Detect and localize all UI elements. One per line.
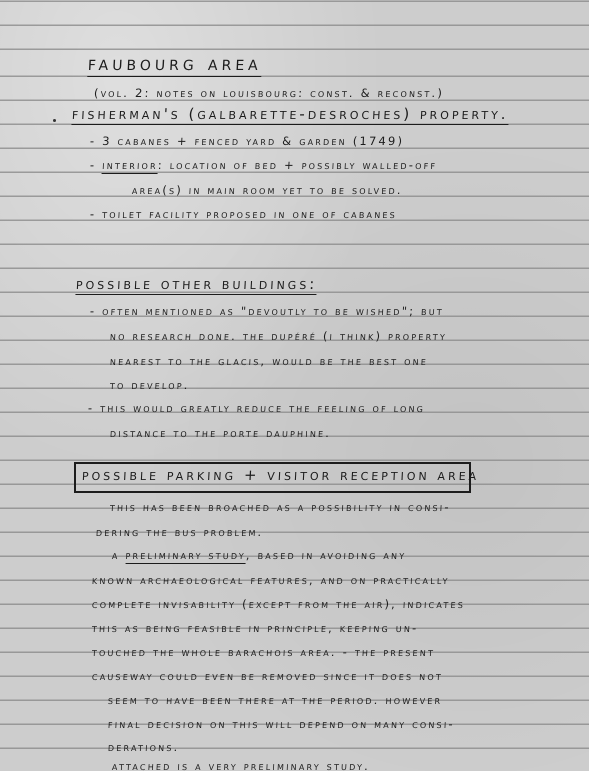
section3-line: dering the bus problem. <box>96 525 264 539</box>
section3-line: This has been broached as a possibility … <box>110 500 452 514</box>
section3-line: Attached is a very preliminary study. <box>112 759 371 771</box>
section3-heading: Possible Parking + Visitor Reception Are… <box>82 468 480 482</box>
section2-line: - Often mentioned as "devoutly to be wis… <box>90 304 445 318</box>
section2-line: nearest to the glacis, would be the best… <box>110 354 429 368</box>
section3-line: this as being feasible in principle, kee… <box>92 621 419 635</box>
section1-item: - 3 cabanes + fenced yard & garden (1749… <box>90 134 405 148</box>
section2-line: no research done. The DuPéré (I think) p… <box>110 329 448 343</box>
interior-label: Interior <box>102 158 159 174</box>
title-text: Faubourg Area <box>87 51 262 77</box>
section2-heading: Possible other buildings: <box>76 277 318 291</box>
section3-line: seem to have been there at the Period. H… <box>108 693 443 707</box>
section1-item: - Toilet facility proposed in one of cab… <box>90 207 398 221</box>
section1-heading: Fisherman's (Galbarette-Desroches) prope… <box>72 107 509 121</box>
handwritten-page: Faubourg Area (Vol. 2: Notes on Louisbou… <box>0 0 589 771</box>
study-rest: , based in avoiding any <box>246 548 407 562</box>
section3-line: derations. <box>108 740 180 754</box>
page-title: Faubourg Area <box>88 56 263 70</box>
section1-item-interior: - Interior: Location of bed + possibly w… <box>90 158 438 172</box>
section2-heading-text: Possible other buildings: <box>75 275 317 295</box>
section3-line: causeway could even be removed since it … <box>92 669 444 683</box>
section1-item: area(s) in main room yet to be solved. <box>132 183 404 197</box>
section3-line: touched the whole Barachois Area. - the … <box>92 645 436 659</box>
study-underlined: preliminary study <box>125 548 246 564</box>
section2-line: to develop. <box>110 378 190 392</box>
section3-line: complete invisability (except from the a… <box>92 597 466 611</box>
interior-rest: : Location of bed + possibly walled-off <box>158 158 438 172</box>
section1-heading-text: Fisherman's (Galbarette-Desroches) prope… <box>71 105 509 125</box>
margin-dot <box>53 119 56 122</box>
section2-line: distance to the Porte Dauphine. <box>110 426 332 440</box>
section3-study-line: A preliminary study, based in avoiding a… <box>112 548 407 562</box>
section3-line: final decision on this will depend on ma… <box>108 717 456 731</box>
section2-line: - This would greatly reduce the feeling … <box>88 401 426 415</box>
page-subtitle: (Vol. 2: Notes on Louisbourg: Const. & R… <box>94 86 445 100</box>
section3-line: known archaeological features, and on pr… <box>92 573 450 587</box>
study-prefix: A <box>112 548 126 562</box>
dash: - <box>90 158 103 172</box>
